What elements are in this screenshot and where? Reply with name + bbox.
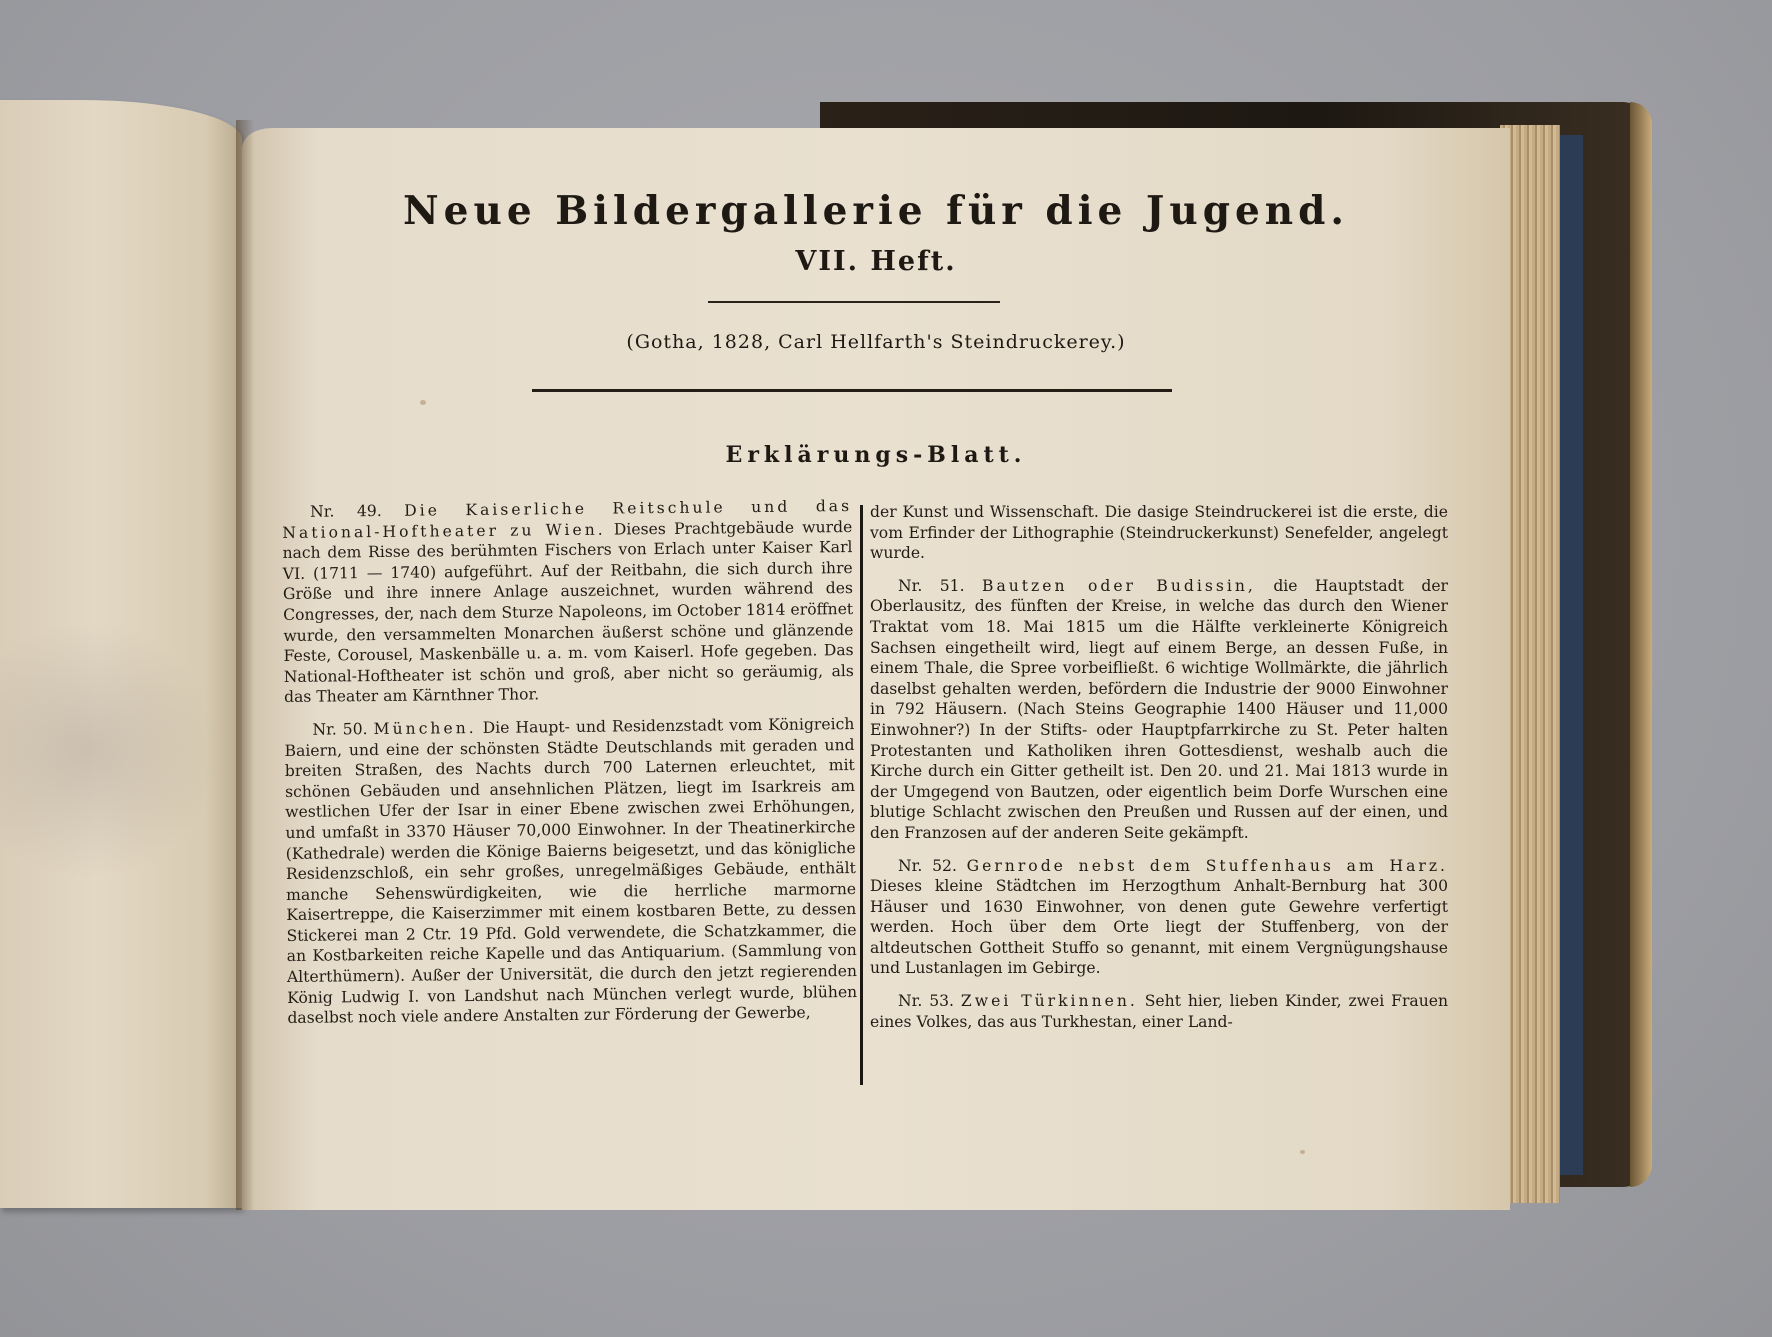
entry-number: Nr. 53. — [898, 992, 954, 1010]
entry-text: Seht hier, lieben Kinder, zwei Frauen ei… — [870, 992, 1448, 1031]
gutter — [236, 120, 254, 1210]
entry-text: Dieses Prachtgebäude wurde nach dem Riss… — [282, 518, 853, 707]
entry-number: Nr. 51. — [898, 577, 965, 595]
foxing-spot — [420, 400, 426, 405]
entry-50: Nr. 50. München. Die Haupt- und Residenz… — [284, 714, 857, 1029]
entry-number: Nr. 50. — [312, 720, 367, 739]
entry-heading: Gernrode nebst dem Stuffenhaus am Harz. — [967, 857, 1448, 875]
section-heading: Erklärungs-Blatt. — [242, 442, 1510, 468]
title-rule — [708, 301, 1000, 303]
entry-text: Die Haupt- und Residenzstadt vom Königre… — [285, 715, 858, 1027]
entry-heading: Bautzen oder Budissin, — [982, 577, 1256, 595]
foxing-spot — [1120, 600, 1124, 604]
entry-53: Nr. 53. Zwei Türkinnen. Seht hier, liebe… — [870, 991, 1448, 1032]
issue-number: VII. Heft. — [242, 246, 1510, 277]
text-column-right: der Kunst und Wissenschaft. Die dasige S… — [870, 502, 1448, 1044]
header-rule — [532, 389, 1172, 392]
text-column-left: Nr. 49. Die Kaiserliche Reitschule und d… — [282, 496, 858, 1041]
entry-49: Nr. 49. Die Kaiserliche Reitschule und d… — [282, 496, 854, 708]
entry-heading: Zwei Türkinnen. — [961, 992, 1138, 1010]
entry-heading: München. — [373, 719, 476, 738]
book-title: Neue Bildergallerie für die Jugend. — [242, 188, 1510, 234]
stain — [0, 620, 220, 880]
entry-text: die Hauptstadt der Oberlausitz, des fünf… — [870, 577, 1448, 842]
entry-number: Nr. 49. — [310, 502, 382, 521]
publisher-line: (Gotha, 1828, Carl Hellfarth's Steindruc… — [242, 331, 1510, 353]
column-divider — [860, 505, 863, 1085]
left-page — [0, 100, 242, 1208]
entry-52: Nr. 52. Gernrode nebst dem Stuffenhaus a… — [870, 856, 1448, 980]
foxing-spot — [1300, 1150, 1305, 1154]
entry-number: Nr. 52. — [898, 857, 957, 875]
entry-50-continuation: der Kunst und Wissenschaft. Die dasige S… — [870, 502, 1448, 564]
entry-51: Nr. 51. Bautzen oder Budissin, die Haupt… — [870, 576, 1448, 844]
cover-edge — [1630, 102, 1652, 1187]
entry-text: Dieses kleine Städtchen im Herzogthum An… — [870, 877, 1448, 977]
